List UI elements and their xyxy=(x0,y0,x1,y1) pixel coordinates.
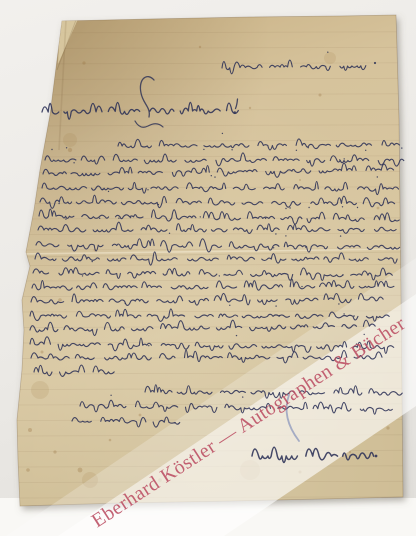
letter-scan-svg: Eberhard Köstler — Autographen & Bücher xyxy=(0,0,416,536)
letter-photograph: Eberhard Köstler — Autographen & Bücher xyxy=(0,0,416,536)
